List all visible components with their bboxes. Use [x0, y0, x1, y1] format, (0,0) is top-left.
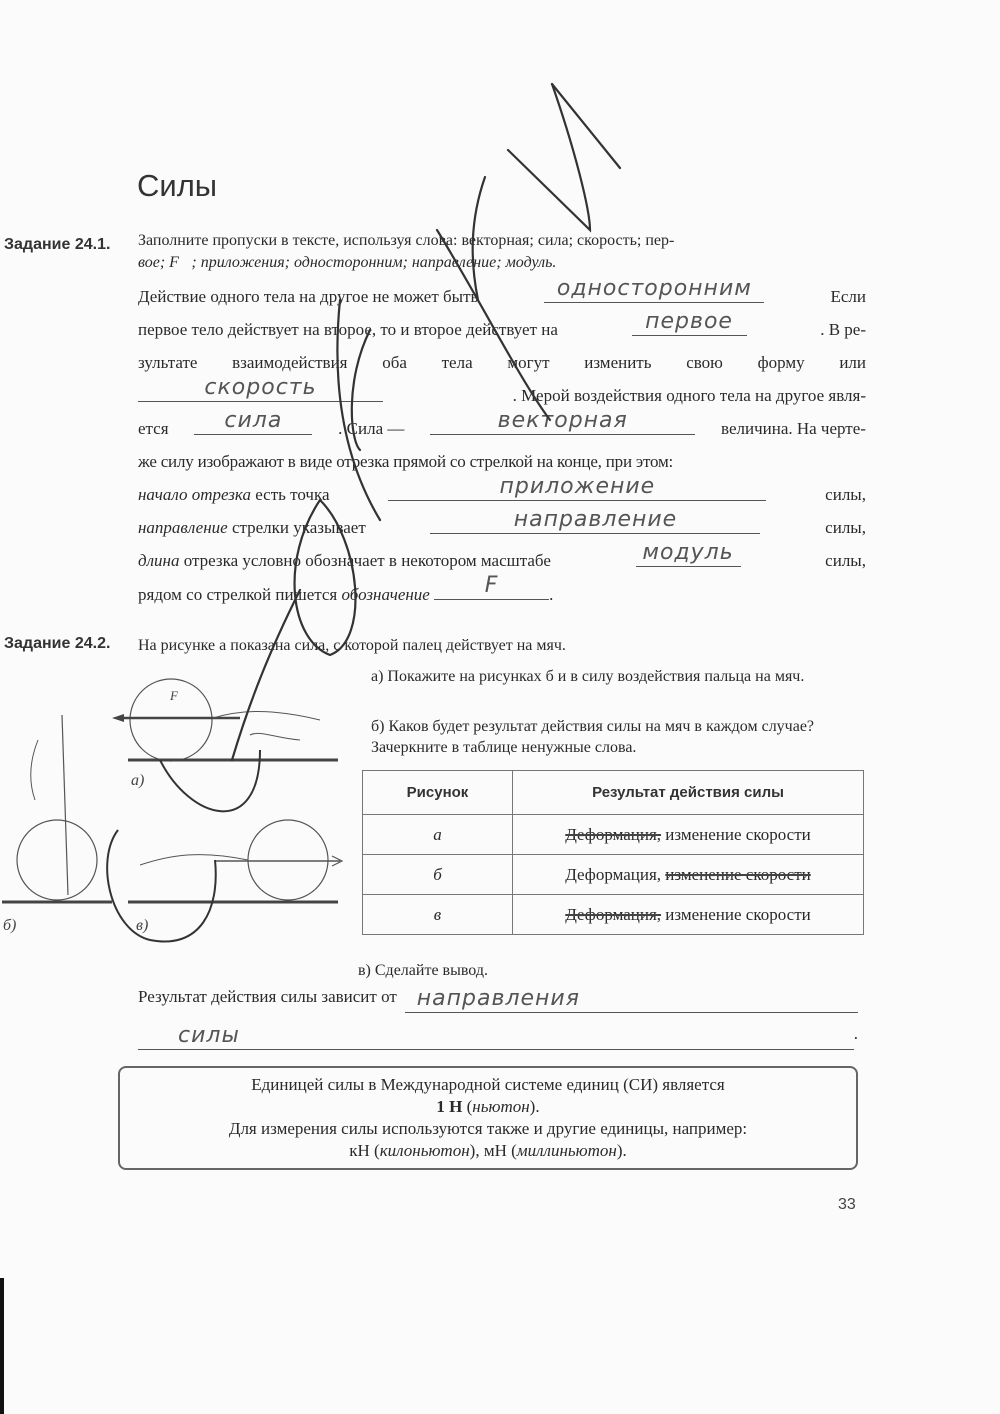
text-line: первое тело действует на второе, то и вт… — [138, 313, 866, 346]
page-title: Силы — [137, 168, 217, 204]
part-a-text: а) Покажите на рисунках б и в силу возде… — [371, 666, 866, 687]
handwritten-answer: модуль — [636, 536, 741, 569]
struck-word: изменение скорости — [665, 865, 810, 884]
answer-blank[interactable]: сила — [194, 412, 312, 435]
info-line: Единицей силы в Международной системе ед… — [120, 1074, 856, 1096]
handwritten-answer: направление — [430, 503, 760, 536]
figure-v-label: в) — [136, 917, 148, 935]
text: силы, — [825, 511, 866, 544]
task-24-1-instruction: Заполните пропуски в тексте, используя с… — [138, 230, 866, 274]
conclusion-line: Результат действия силы зависит от напра… — [138, 980, 858, 1050]
struck-word: Деформация, — [565, 905, 661, 924]
text: . Сила — — [338, 412, 404, 445]
task-24-1-text: Действие одного тела на другое не может … — [138, 280, 866, 611]
column-header: Рисунок — [363, 771, 513, 815]
word: Деформация, — [565, 865, 661, 884]
handwritten-answer: приложение — [388, 470, 766, 503]
answer-blank[interactable]: скорость — [138, 379, 383, 402]
text: первое тело действует на второе, то и вт… — [138, 313, 558, 346]
part-b-text: б) Каков будет результат действия силы н… — [371, 716, 866, 758]
answer-blank[interactable]: приложение — [388, 478, 766, 501]
table-row: в Деформация, изменение скорости — [363, 895, 864, 935]
text-line: Действие одного тела на другое не может … — [138, 280, 866, 313]
handwritten-answer: первое — [632, 305, 747, 338]
text: стрелки указывает — [232, 518, 366, 537]
handwritten-answer: скорость — [138, 371, 383, 404]
answer-blank[interactable]: первое — [632, 313, 747, 336]
text: . В ре- — [820, 313, 866, 346]
text: начало отрезка — [138, 485, 251, 504]
table-row: б Деформация, изменение скорости — [363, 855, 864, 895]
answer-blank[interactable]: модуль — [636, 544, 741, 567]
info-line: кН (килоньютон), мН (миллиньютон). — [120, 1140, 856, 1162]
handwritten-answer: направления — [417, 982, 858, 1015]
word: изменение скорости — [665, 905, 810, 924]
text: силы, — [825, 544, 866, 577]
figure-cell: а — [363, 815, 513, 855]
text: обозначение — [342, 585, 430, 604]
result-cell[interactable]: Деформация, изменение скорости — [513, 855, 864, 895]
answer-blank[interactable]: векторная — [430, 412, 695, 435]
task-24-2-label: Задание 24.2. — [4, 635, 110, 653]
figure-ball-and-finger: F — [0, 660, 360, 950]
text: Действие одного тела на другое не может … — [138, 280, 478, 313]
table-header-row: Рисунок Результат действия силы — [363, 771, 864, 815]
figure-cell: в — [363, 895, 513, 935]
si-unit-infobox: Единицей силы в Международной системе ед… — [118, 1066, 858, 1170]
result-table: Рисунок Результат действия силы а Деформ… — [362, 770, 864, 935]
result-cell[interactable]: Деформация, изменение скорости — [513, 895, 864, 935]
struck-word: Деформация, — [565, 825, 661, 844]
handwritten-answer: односторонним — [544, 272, 764, 305]
text: рядом со стрелкой пишется — [138, 585, 337, 604]
answer-blank[interactable]: направление — [430, 511, 760, 534]
text: отрезка условно обозначает в некотором м… — [184, 551, 551, 570]
figure-cell: б — [363, 855, 513, 895]
text: . — [549, 585, 553, 604]
task-24-1-label: Задание 24.1. — [4, 236, 110, 254]
instruction-line: вое; F⃗; приложения; односторонним; напр… — [138, 252, 866, 274]
column-header: Результат действия силы — [513, 771, 864, 815]
text-line: направление стрелки указывает направлени… — [138, 511, 866, 544]
scan-edge — [0, 1278, 4, 1414]
instruction-line: Заполните пропуски в тексте, используя с… — [138, 230, 866, 252]
info-line: 1 Н (ньютон). — [120, 1096, 856, 1118]
text-line: ется сила . Сила — векторная величина. Н… — [138, 412, 866, 445]
answer-blank[interactable]: силы — [138, 1027, 854, 1050]
answer-blank[interactable]: направления — [405, 990, 858, 1013]
handwritten-answer: сила — [194, 404, 312, 437]
force-label: F — [169, 688, 179, 703]
answer-blank[interactable]: односторонним — [544, 280, 764, 303]
text: Если — [830, 280, 866, 313]
page-number: 33 — [838, 1196, 856, 1214]
result-cell[interactable]: Деформация, изменение скорости — [513, 815, 864, 855]
text: величина. На черте- — [721, 412, 866, 445]
text: длина — [138, 551, 179, 570]
task-24-2-intro: На рисунке а показана сила, с которой па… — [138, 629, 566, 662]
text: Результат действия силы зависит от — [138, 980, 397, 1013]
info-line: Для измерения силы используются также и … — [120, 1118, 856, 1140]
text: есть точка — [255, 485, 329, 504]
text: силы, — [825, 478, 866, 511]
answer-blank[interactable]: F — [434, 577, 549, 600]
word: изменение скорости — [665, 825, 810, 844]
text: направление — [138, 518, 228, 537]
handwritten-answer: векторная — [430, 404, 695, 437]
figure-b-label: б) — [3, 917, 16, 935]
table-row: а Деформация, изменение скорости — [363, 815, 864, 855]
text: ется — [138, 412, 169, 445]
handwritten-answer: силы — [178, 1019, 854, 1052]
handwritten-answer: F — [434, 569, 549, 602]
text-line: рядом со стрелкой пишется обозначение F. — [138, 577, 866, 611]
figure-a-label: а) — [131, 772, 144, 790]
